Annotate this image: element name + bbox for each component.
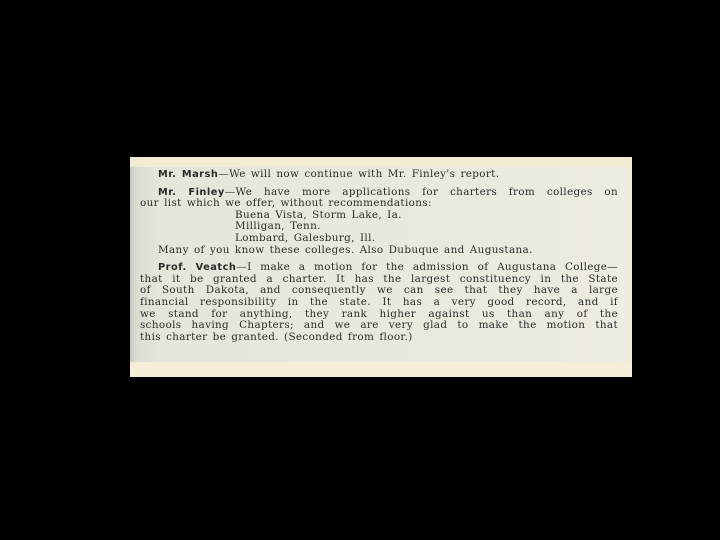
paragraph-text: We will now continue with Mr. Finley's r…	[229, 168, 499, 180]
paragraph-note: Many of you know these colleges. Also Du…	[140, 245, 618, 257]
speaker-name: Prof. Veatch	[158, 262, 236, 273]
slide-background: Mr. Marsh—We will now continue with Mr. …	[0, 0, 720, 540]
text-line: schools having Chapters; and we are very…	[140, 320, 618, 332]
paragraph-finley: Mr. Finley—We have more applications for…	[140, 187, 618, 210]
speaker-name: Mr. Finley	[158, 187, 225, 198]
text-line: financial responsibility in the state. I…	[140, 297, 618, 309]
scan-top-margin	[130, 157, 632, 167]
document-text: Mr. Marsh—We will now continue with Mr. …	[140, 169, 618, 343]
text-line: this charter be granted. (Seconded from …	[140, 332, 618, 344]
paragraph-marsh: Mr. Marsh—We will now continue with Mr. …	[140, 169, 618, 181]
em-dash: —	[236, 261, 247, 273]
paragraph-veatch: Prof. Veatch—I make a motion for the adm…	[140, 262, 618, 343]
scan-bottom-margin	[130, 362, 632, 377]
college-list: Buena Vista, Storm Lake, Ia. Milligan, T…	[140, 210, 618, 245]
line-text: We have more applications for charters f…	[236, 186, 618, 198]
speaker-name: Mr. Marsh	[158, 169, 218, 180]
document-page: Mr. Marsh—We will now continue with Mr. …	[130, 167, 628, 362]
em-dash: —	[225, 186, 236, 198]
paragraph-text: Many of you know these colleges. Also Du…	[158, 244, 533, 256]
document-scan: Mr. Marsh—We will now continue with Mr. …	[130, 157, 632, 377]
line-text: I make a motion for the admission of Aug…	[247, 261, 618, 273]
text-line: Prof. Veatch—I make a motion for the adm…	[140, 262, 618, 274]
em-dash: —	[218, 168, 229, 180]
